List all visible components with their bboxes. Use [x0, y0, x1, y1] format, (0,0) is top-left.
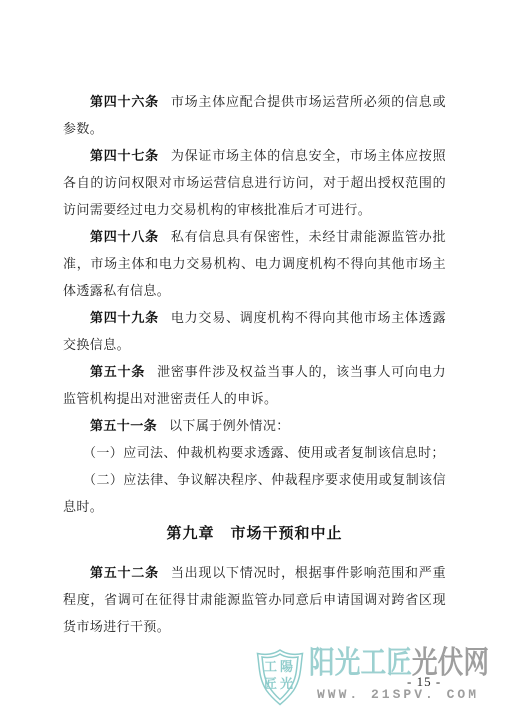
article-49-number: 第四十九条 [90, 310, 159, 325]
article-51-text: 以下属于例外情况： [169, 418, 290, 433]
watermark: 工陽 匠光 阳光工匠光伏网 WWW. 21SPV. COM [253, 646, 503, 718]
article-47: 第四十七条为保证市场主体的信息安全，市场主体应按照各自的访问权限对市场运营信息进… [63, 142, 446, 223]
article-49: 第四十九条电力交易、调度机构不得向其他市场主体透露交换信息。 [63, 304, 446, 358]
chapter-heading: 第九章 市场干预和中止 [63, 520, 446, 547]
article-46: 第四十六条市场主体应配合提供市场运营所必须的信息或参数。 [63, 88, 446, 142]
article-50-number: 第五十条 [90, 364, 145, 379]
badge-text-row1: 工陽 [264, 659, 296, 674]
article-48-number: 第四十八条 [90, 229, 159, 244]
watermark-brand-teal: 阳光工匠 [309, 645, 412, 680]
document-page: 第四十六条市场主体应配合提供市场运营所必须的信息或参数。 第四十七条为保证市场主… [0, 0, 507, 725]
article-51-item-1: （一）应司法、仲裁机构要求透露、使用或者复制该信息时； [63, 439, 446, 466]
article-52: 第五十二条当出现以下情况时，根据事件影响范围和严重程度，省调可在征得甘肃能源监管… [63, 559, 446, 640]
article-50: 第五十条泄密事件涉及权益当事人的，该当事人可向电力监管机构提出对泄密责任人的申诉… [63, 358, 446, 412]
document-body: 第四十六条市场主体应配合提供市场运营所必须的信息或参数。 第四十七条为保证市场主… [63, 0, 446, 640]
shield-badge-icon: 工陽 匠光 [253, 648, 307, 706]
article-46-number: 第四十六条 [90, 94, 159, 109]
article-48: 第四十八条私有信息具有保密性，未经甘肃能源监管办批准，市场主体和电力交易机构、电… [63, 223, 446, 304]
article-47-number: 第四十七条 [90, 148, 159, 163]
article-51-number: 第五十一条 [90, 418, 157, 433]
article-51: 第五十一条以下属于例外情况： [63, 412, 446, 439]
watermark-brand: 阳光工匠光伏网 [309, 646, 489, 679]
article-51-item-2: （二）应法律、争议解决程序、仲裁程序要求使用或复制该信息时。 [63, 466, 446, 520]
article-52-number: 第五十二条 [90, 565, 159, 580]
watermark-url: WWW. 21SPV. COM [317, 687, 479, 702]
badge-text-row2: 匠光 [264, 676, 296, 691]
page-number: - 15 - [407, 674, 441, 690]
